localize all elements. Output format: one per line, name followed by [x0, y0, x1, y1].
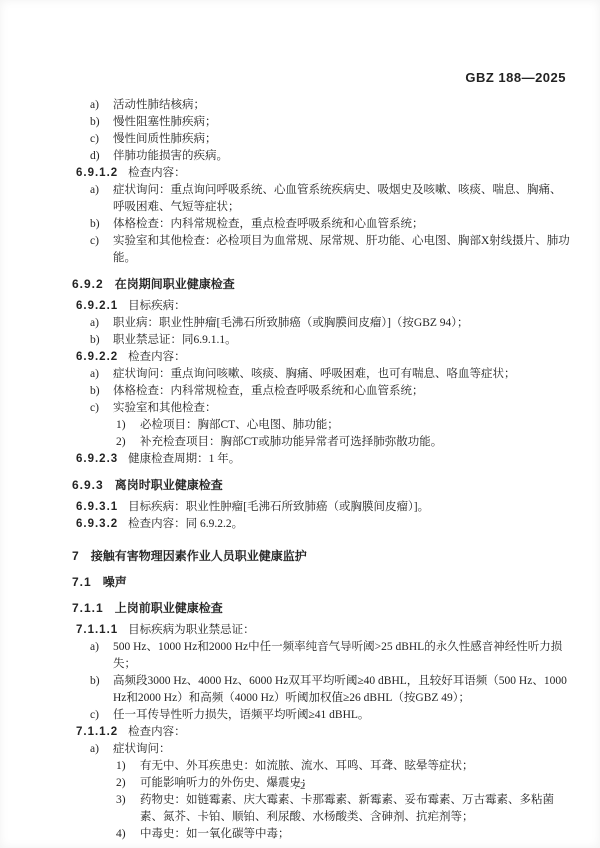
- line-number-label: b): [90, 216, 100, 233]
- line-number-label: 7.1.1: [72, 601, 104, 615]
- doc-line-item-a: a)症状询问：: [72, 741, 570, 758]
- doc-line-item-n: 2)补充检查项目：胸部CT或肺功能异常者可选择肺弥散功能。: [72, 434, 570, 451]
- line-number-label: a): [90, 639, 99, 656]
- line-number-label: c): [90, 707, 99, 724]
- line-number-label: 6.9.2.3: [76, 453, 118, 465]
- line-number-label: 6.9.2.2: [76, 351, 118, 363]
- line-text: 职业病：职业性肿瘤[毛沸石所致肺癌（或胸膜间皮瘤）]（按GBZ 94）；: [113, 317, 469, 329]
- line-number-label: b): [90, 114, 100, 131]
- line-text: 高频段3000 Hz、4000 Hz、6000 Hz双耳平均听阈≥40 dBHL…: [113, 675, 567, 704]
- doc-line-clause: 6.9.2.1目标疾病：: [72, 298, 570, 315]
- line-text: 伴肺功能损害的疾病。: [113, 150, 228, 162]
- line-text: 职业禁忌证：同6.9.1.1。: [113, 334, 237, 346]
- doc-line-item-n: 4)中毒史：如一氧化碳等中毒；: [72, 826, 570, 843]
- line-number-label: 4): [116, 826, 126, 843]
- line-number-label: 1): [116, 758, 126, 775]
- doc-line-item-a: c)任一耳传导性听力损失，语频平均听阈≥41 dBHL。: [72, 707, 570, 724]
- doc-line-clause: 6.9.2.3健康检查周期：1 年。: [72, 451, 570, 468]
- line-number-label: d): [90, 148, 100, 165]
- line-number-label: 6.9.3: [72, 478, 104, 492]
- line-text: 体格检查：内科常规检查，重点检查呼吸系统和心血管系统；: [113, 218, 424, 230]
- doc-line-item-a: a)职业病：职业性肿瘤[毛沸石所致肺癌（或胸膜间皮瘤）]（按GBZ 94）；: [72, 315, 570, 332]
- doc-line-clause: 6.9.3.1目标疾病：职业性肿瘤[毛沸石所致肺癌（或胸膜间皮瘤）]。: [72, 499, 570, 516]
- line-number-label: b): [90, 673, 100, 690]
- doc-line-item-n: 1)有无中、外耳疾患史：如流脓、流水、耳鸣、耳聋、眩晕等症状；: [72, 758, 570, 775]
- line-text: 在岗期间职业健康检查: [115, 277, 235, 291]
- line-number-label: 7: [72, 549, 80, 563]
- line-text: 必检项目：胸部CT、心电图、肺功能；: [140, 419, 339, 431]
- doc-line-heading: 6.9.3离岗时职业健康检查: [72, 477, 570, 494]
- doc-line-item-a: a)症状询问：重点询问咳嗽、咳痰、胸痛、呼吸困难，也可有喘息、咯血等症状；: [72, 366, 570, 383]
- line-text: 症状询问：重点询问咳嗽、咳痰、胸痛、呼吸困难，也可有喘息、咯血等症状；: [113, 368, 516, 380]
- doc-line-item-a: c)实验室和其他检查：: [72, 400, 570, 417]
- doc-body: a)活动性肺结核病；b)慢性阻塞性肺疾病；c)慢性间质性肺疾病；d)伴肺功能损害…: [72, 97, 570, 843]
- line-text: 任一耳传导性听力损失，语频平均听阈≥41 dBHL。: [113, 709, 369, 721]
- line-text: 接触有害物理因素作业人员职业健康监护: [91, 549, 307, 563]
- line-number-label: 2): [116, 434, 126, 451]
- doc-line-item-a: b)体格检查：内科常规检查，重点检查呼吸系统和心血管系统；: [72, 383, 570, 400]
- doc-line-item-n: 1)必检项目：胸部CT、心电图、肺功能；: [72, 417, 570, 434]
- line-number-label: a): [90, 182, 99, 199]
- doc-line-item-a: c)慢性间质性肺疾病；: [72, 131, 570, 148]
- line-text: 药物史：如链霉素、庆大霉素、卡那霉素、新霉素、妥布霉素、万古霉素、多粘菌素、氮芥…: [140, 794, 554, 823]
- line-text: 离岗时职业健康检查: [115, 478, 223, 492]
- line-text: 目标疾病：职业性肿瘤[毛沸石所致肺癌（或胸膜间皮瘤）]。: [128, 501, 429, 513]
- line-number-label: 6.9.2.1: [76, 300, 118, 312]
- line-text: 检查内容：: [128, 351, 186, 363]
- line-number-label: 7.1: [72, 575, 92, 589]
- line-text: 目标疾病：: [128, 300, 186, 312]
- doc-line-item-a: a)症状询问：重点询问呼吸系统、心血管系统疾病史、吸烟史及咳嗽、咳痰、喘息、胸痛…: [72, 182, 570, 216]
- line-number-label: 6.9.2: [72, 277, 104, 291]
- doc-line-item-a: b)体格检查：内科常规检查，重点检查呼吸系统和心血管系统；: [72, 216, 570, 233]
- line-text: 慢性间质性肺疾病；: [113, 133, 217, 145]
- line-number-label: 1): [116, 417, 126, 434]
- doc-line-clause: 6.9.1.2检查内容：: [72, 165, 570, 182]
- line-number-label: a): [90, 315, 99, 332]
- line-text: 症状询问：重点询问呼吸系统、心血管系统疾病史、吸烟史及咳嗽、咳痰、喘息、胸痛、呼…: [113, 184, 562, 213]
- line-text: 目标疾病为职业禁忌证：: [128, 624, 255, 636]
- document-page: GBZ 188—2025 a)活动性肺结核病；b)慢性阻塞性肺疾病；c)慢性间质…: [0, 0, 600, 848]
- doc-line-item-a: b)高频段3000 Hz、4000 Hz、6000 Hz双耳平均听阈≥40 dB…: [72, 673, 570, 707]
- line-text: 中毒史：如一氧化碳等中毒；: [140, 828, 290, 840]
- line-text: 健康检查周期：1 年。: [128, 453, 240, 465]
- doc-line-clause: 7.1.1.2检查内容：: [72, 724, 570, 741]
- doc-line-heading: 7.1.1上岗前职业健康检查: [72, 600, 570, 617]
- line-number-label: 6.9.3.1: [76, 501, 118, 513]
- doc-line-item-n: 3)药物史：如链霉素、庆大霉素、卡那霉素、新霉素、妥布霉素、万古霉素、多粘菌素、…: [72, 792, 570, 826]
- line-text: 实验室和其他检查：: [113, 402, 217, 414]
- line-text: 检查内容：同 6.9.2.2。: [128, 518, 243, 530]
- line-text: 补充检查项目：胸部CT或肺功能异常者可选择肺弥散功能。: [140, 436, 442, 448]
- doc-line-heading: 7.1噪声: [72, 574, 570, 591]
- line-number-label: c): [90, 131, 99, 148]
- line-text: 检查内容：: [128, 167, 186, 179]
- doc-line-item-a: a)活动性肺结核病；: [72, 97, 570, 114]
- line-number-label: b): [90, 383, 100, 400]
- line-number-label: a): [90, 741, 99, 758]
- line-number-label: c): [90, 400, 99, 417]
- doc-line-heading: 6.9.2在岗期间职业健康检查: [72, 276, 570, 293]
- page-number: 72: [0, 780, 600, 792]
- doc-line-item-a: b)职业禁忌证：同6.9.1.1。: [72, 332, 570, 349]
- doc-line-item-a: d)伴肺功能损害的疾病。: [72, 148, 570, 165]
- line-text: 慢性阻塞性肺疾病；: [113, 116, 217, 128]
- line-number-label: a): [90, 366, 99, 383]
- line-number-label: c): [90, 233, 99, 250]
- doc-line-chapter: 7接触有害物理因素作业人员职业健康监护: [72, 548, 570, 565]
- line-number-label: b): [90, 332, 100, 349]
- doc-line-clause: 6.9.3.2检查内容：同 6.9.2.2。: [72, 516, 570, 533]
- line-text: 噪声: [103, 575, 127, 589]
- doc-line-item-a: b)慢性阻塞性肺疾病；: [72, 114, 570, 131]
- doc-code: GBZ 188—2025: [465, 70, 566, 85]
- line-text: 上岗前职业健康检查: [115, 601, 223, 615]
- line-number-label: 3): [116, 792, 126, 809]
- line-number-label: 7.1.1.1: [76, 624, 118, 636]
- line-text: 实验室和其他检查：必检项目为血常规、尿常规、肝功能、心电图、胸部X射线摄片、肺功…: [113, 235, 570, 264]
- line-text: 检查内容：: [128, 726, 186, 738]
- line-number-label: a): [90, 97, 99, 114]
- doc-line-clause: 7.1.1.1目标疾病为职业禁忌证：: [72, 622, 570, 639]
- line-text: 500 Hz、1000 Hz和2000 Hz中任一频率纯音气导听阈>25 dBH…: [113, 641, 562, 670]
- line-number-label: 7.1.1.2: [76, 726, 118, 738]
- line-text: 有无中、外耳疾患史：如流脓、流水、耳鸣、耳聋、眩晕等症状；: [140, 760, 474, 772]
- line-text: 症状询问：: [113, 743, 171, 755]
- line-text: 活动性肺结核病；: [113, 99, 205, 111]
- doc-line-item-a: c)实验室和其他检查：必检项目为血常规、尿常规、肝功能、心电图、胸部X射线摄片、…: [72, 233, 570, 267]
- doc-line-item-a: a)500 Hz、1000 Hz和2000 Hz中任一频率纯音气导听阈>25 d…: [72, 639, 570, 673]
- line-text: 体格检查：内科常规检查，重点检查呼吸系统和心血管系统；: [113, 385, 424, 397]
- doc-line-clause: 6.9.2.2检查内容：: [72, 349, 570, 366]
- line-number-label: 6.9.1.2: [76, 167, 118, 179]
- line-number-label: 6.9.3.2: [76, 518, 118, 530]
